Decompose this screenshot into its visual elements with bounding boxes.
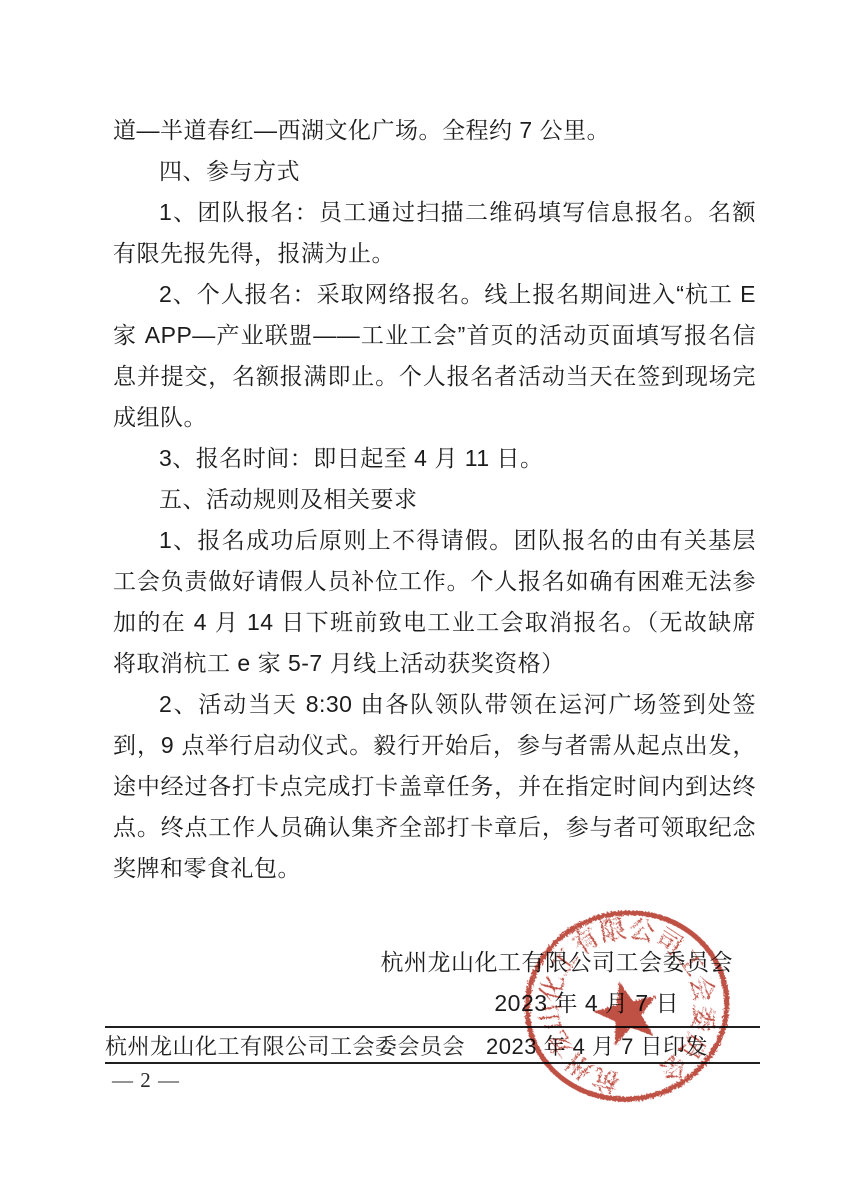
- footer-row: 杭州龙山化工有限公司工会委会员会 2023 年 4 月 7 日印发: [105, 1028, 760, 1062]
- body-paragraph: 道—半道春红—西湖文化广场。全程约 7 公里。: [113, 110, 756, 151]
- footer-divider-bottom: [105, 1062, 760, 1064]
- signature-block: 杭州龙山化工有限公司工会委员会 2023 年 4 月 7 日: [381, 942, 734, 1024]
- signature-date: 2023 年 4 月 7 日: [411, 983, 764, 1024]
- body-paragraph: 2、活动当天 8:30 由各队领队带领在运河广场签到处签到，9 点举行启动仪式。…: [113, 684, 756, 889]
- footer-print-date: 2023 年 4 月 7 日印发: [486, 1030, 760, 1061]
- body-paragraph: 1、团队报名：员工通过扫描二维码填写信息报名。名额有限先报先得，报满为止。: [113, 192, 756, 274]
- page-number: — 2 —: [112, 1068, 180, 1093]
- signature-org: 杭州龙山化工有限公司工会委员会: [381, 942, 734, 983]
- section-heading: 四、参与方式: [113, 151, 756, 192]
- document-page: 道—半道春红—西湖文化广场。全程约 7 公里。 四、参与方式 1、团队报名：员工…: [0, 0, 849, 1200]
- body-paragraph: 2、个人报名：采取网络报名。线上报名期间进入“杭工 E 家 APP—产业联盟——…: [113, 274, 756, 438]
- body-paragraph: 3、报名时间：即日起至 4 月 11 日。: [113, 438, 756, 479]
- document-body: 道—半道春红—西湖文化广场。全程约 7 公里。 四、参与方式 1、团队报名：员工…: [113, 110, 756, 889]
- body-paragraph: 1、报名成功后原则上不得请假。团队报名的由有关基层工会负责做好请假人员补位工作。…: [113, 520, 756, 684]
- section-heading: 五、活动规则及相关要求: [113, 479, 756, 520]
- footer-issuer: 杭州龙山化工有限公司工会委会员会: [105, 1030, 465, 1061]
